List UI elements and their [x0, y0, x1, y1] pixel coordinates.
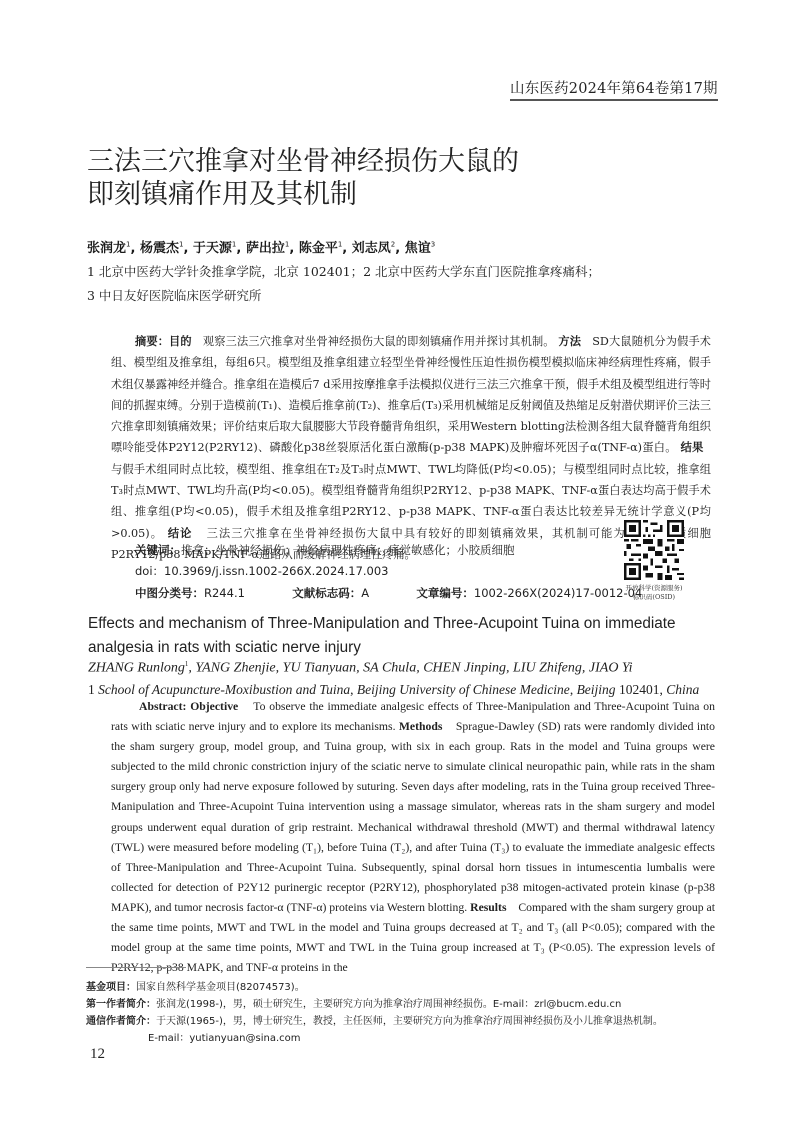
footnote-corresponding-author: 通信作者简介：于天源(1965-)，男，博士研究生，教授，主任医师，主要研究方向… [86, 1012, 663, 1027]
author: 张润龙 [87, 241, 126, 256]
label-methods: 方法 [558, 335, 581, 348]
authors-chinese: 张润龙1, 杨震杰1, 于天源1, 萨出拉1, 陈金平1, 刘志凤2, 焦谊3 [87, 237, 435, 256]
author: SA Chula [363, 661, 416, 676]
author: CHEN Jinping [423, 661, 506, 676]
qr-caption: 开放科学(资源服务) 标识码(OSID) [606, 584, 702, 602]
label-objective: 目的 [169, 335, 192, 348]
author: YU Tianyuan [283, 661, 357, 676]
journal-header: 山东医药2024年第64卷第17期 [510, 77, 718, 101]
footnote-divider [86, 967, 186, 968]
page-number: 12 [90, 1046, 105, 1063]
label-methods-en: Methods [399, 720, 443, 733]
affiliation-cn-line-1: 1 北京中医药大学针灸推拿学院，北京 102401；2 北京中医药大学东直门医院… [87, 262, 600, 280]
author: 于天源 [193, 241, 232, 256]
author: ZHANG Runlong [88, 661, 185, 676]
affiliation-cn-line-2: 3 中日友好医院临床医学研究所 [87, 286, 261, 304]
author: 焦谊 [405, 241, 431, 256]
author: 陈金平 [299, 241, 338, 256]
label-objective-en: Objective [190, 700, 238, 713]
doi: doi：10.3969/j.issn.1002-266X.2024.17.003 [135, 563, 389, 579]
footnote-fund: 基金项目：国家自然科学基金项目(82074573)。 [86, 978, 305, 993]
footnote-first-author: 第一作者简介：张润龙(1998-)，男，硕士研究生，主要研究方向为推拿治疗周围神… [86, 995, 621, 1010]
label-results: 结果 [681, 441, 704, 454]
title-cn-line-1: 三法三穴推拿对坐骨神经损伤大鼠的 [87, 145, 519, 178]
label-conclusion: 结论 [168, 527, 193, 540]
author: 萨出拉 [246, 241, 285, 256]
authors-english: ZHANG Runlong1, YANG Zhenjie, YU Tianyua… [88, 660, 633, 677]
author: YANG Zhenjie [195, 661, 275, 676]
label-results-en: Results [470, 901, 506, 914]
qr-code-icon[interactable] [624, 520, 684, 580]
footnote-corresponding-email: E-mail：yutianyuan@sina.com [148, 1029, 301, 1044]
doi-value: 10.3969/j.issn.1002-266X.2024.17.003 [164, 564, 388, 578]
author: 刘志凤 [352, 241, 391, 256]
abstract-chinese: 摘要：目的 观察三法三穴推拿对坐骨神经损伤大鼠的即刻镇痛作用并探讨其机制。 方法… [111, 331, 711, 565]
keywords: 关键词：推拿；坐骨神经损伤；神经病理性疼痛；痛觉敏感化；小胶质细胞 [135, 542, 515, 558]
author: JIAO Yi [589, 661, 633, 676]
author: 杨震杰 [140, 241, 179, 256]
author: LIU Zhifeng [513, 661, 582, 676]
title-chinese: 三法三穴推拿对坐骨神经损伤大鼠的 即刻镇痛作用及其机制 [87, 145, 519, 211]
title-cn-line-2: 即刻镇痛作用及其机制 [87, 178, 519, 211]
classification-line: 中图分类号：R244.1 文献标志码：A 文章编号：1002-266X(2024… [135, 585, 642, 601]
title-english: Effects and mechanism of Three-Manipulat… [88, 612, 728, 660]
affiliation-english: 1 School of Acupuncture-Moxibustion and … [88, 682, 699, 698]
abstract-english: Abstract: Objective To observe the immed… [111, 697, 715, 978]
